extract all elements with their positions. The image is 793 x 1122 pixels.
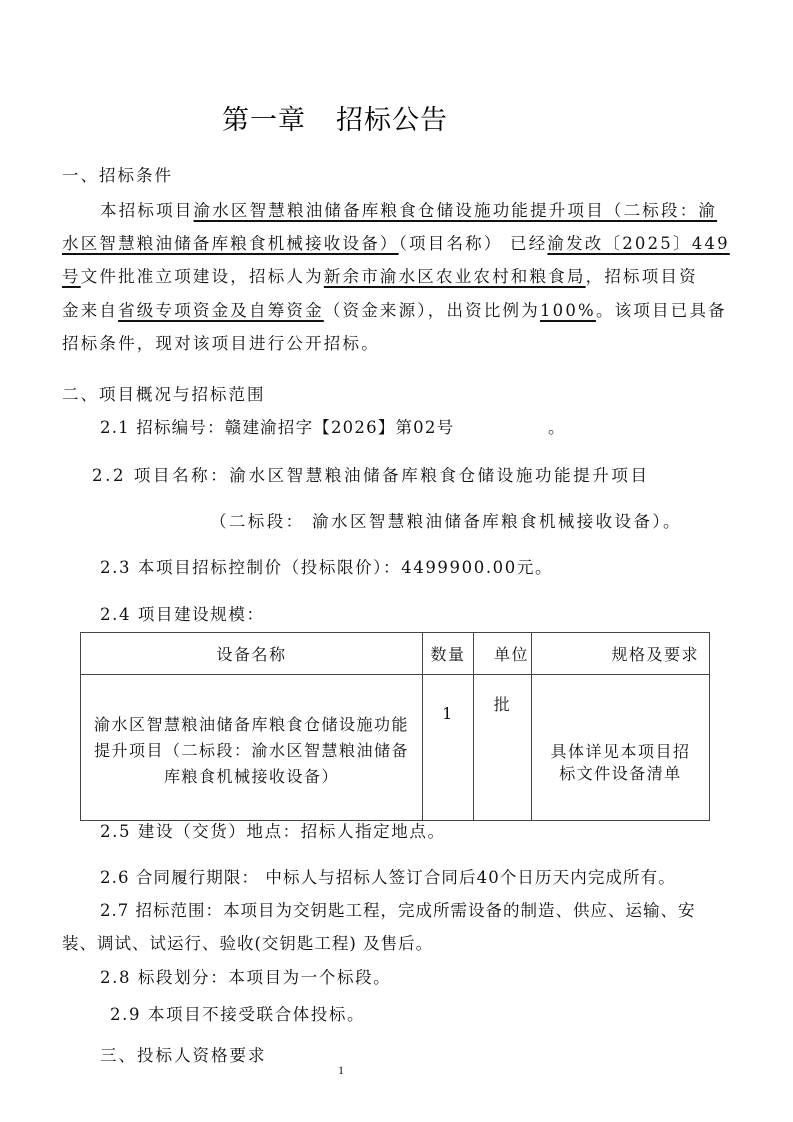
construction-scale: 2.4 项目建设规模： [100, 605, 265, 625]
chapter-name: 招标公告 [336, 105, 448, 136]
lot-division: 2.8 标段划分：本项目为一个标段。 [100, 968, 391, 988]
equipment-table: 设备名称 数量 单位 规格及要求 渝水区智慧粮油储备库粮食仓储设施功能 提升项目… [80, 632, 710, 821]
page-number: 1 [338, 1063, 344, 1078]
section-1-line-4: 金来自省级专项资金及自筹资金（资金来源），出资比例为100%。该项目已具备 [62, 301, 727, 321]
table-header-row: 设备名称 数量 单位 规格及要求 [81, 633, 710, 675]
section-1-line-3: 号文件批准立项建设，招标人为新余市渝水区农业农村和粮食局，招标项目资 [62, 267, 698, 287]
funding-source: 省级专项资金及自筹资金 [118, 301, 324, 320]
control-price: 2.3 本项目招标控制价（投标限价）：4499900.00元。 [100, 558, 553, 578]
header-quantity: 数量 [423, 633, 474, 675]
funding-ratio: 100% [540, 301, 596, 320]
tender-scope-cont: 装、调试、试运行、验收(交钥匙工程) 及售后。 [62, 934, 433, 954]
cell-quantity: 1 [423, 675, 474, 821]
project-name-item-cont: （二标段： 渝水区智慧粮油储备库粮食机械接收设备）。 [210, 512, 682, 532]
header-equipment-name: 设备名称 [81, 633, 423, 675]
section-1-line-5: 招标条件，现对该项目进行公开招标。 [62, 334, 380, 354]
section-1-heading: 一、招标条件 [62, 162, 173, 186]
header-spec: 规格及要求 [532, 633, 710, 675]
chapter-title: 第一章招标公告 [222, 98, 448, 137]
section-3-heading: 三、投标人资格要求 [100, 1042, 267, 1066]
chapter-number: 第一章 [222, 105, 306, 136]
section-1-line-1: 本招标项目渝水区智慧粮油储备库粮食仓储设施功能提升项目（二标段：渝 [100, 201, 717, 221]
approval-document: 渝发改〔2025〕449 [547, 234, 729, 253]
tender-number: 2.1 招标编号：赣建渝招字【2026】第02号 [100, 418, 454, 438]
tenderer-name: 新余市渝水区农业农村和粮食局 [324, 267, 586, 286]
project-name: 渝水区智慧粮油储备库粮食仓储设施功能提升项目（二标段：渝 [194, 201, 718, 220]
cell-spec: 具体详见本项目招 标文件设备清单 [532, 675, 710, 821]
tender-scope: 2.7 招标范围：本项目为交钥匙工程，完成所需设备的制造、供应、运输、安 [100, 901, 696, 921]
contract-period: 2.6 合同履行期限： 中标人与招标人签订合同后40个日历天内完成所有。 [100, 868, 676, 888]
project-name-item: 2.2 项目名称：渝水区智慧粮油储备库粮食仓储设施功能提升项目 [92, 466, 650, 486]
no-consortium: 2.9 本项目不接受联合体投标。 [110, 1005, 365, 1025]
tender-number-end: 。 [548, 418, 567, 438]
section-1-line-2: 水区智慧粮油储备库粮食机械接收设备）（项目名称） 已经渝发改〔2025〕449 [62, 234, 730, 254]
cell-unit: 批 [474, 675, 532, 821]
header-unit: 单位 [474, 633, 532, 675]
delivery-location: 2.5 建设（交货）地点：招标人指定地点。 [100, 822, 446, 842]
section-2-heading: 二、项目概况与招标范围 [62, 381, 266, 405]
table-row: 渝水区智慧粮油储备库粮食仓储设施功能 提升项目（二标段：渝水区智慧粮油储备 库粮… [81, 675, 710, 821]
cell-equipment-name: 渝水区智慧粮油储备库粮食仓储设施功能 提升项目（二标段：渝水区智慧粮油储备 库粮… [81, 675, 423, 821]
project-name-cont: 水区智慧粮油储备库粮食机械接收设备） [62, 234, 399, 253]
